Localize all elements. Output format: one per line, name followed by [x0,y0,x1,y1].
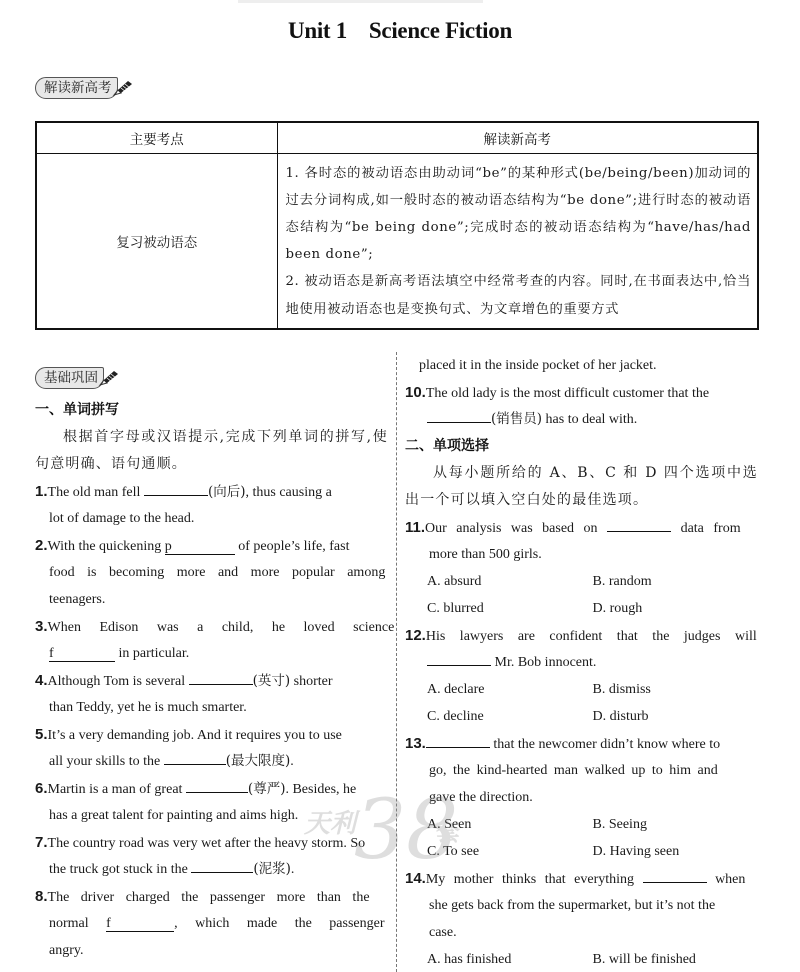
question-text: When Edison was a child, he loved scienc… [48,620,395,635]
header-main-points: 主要考点 [36,122,277,153]
question-text: placed it in the inside pocket of her ja… [405,352,758,379]
question-text: Martin is a man of great [48,782,186,797]
answer-blank[interactable] [643,867,707,883]
question-text: Although Tom is several [48,674,189,689]
question-text: go, the kind-hearted man walked up to hi… [405,757,758,784]
question-text: in particular. [115,646,189,661]
question-text: than Teddy, yet he is much smarter. [35,694,388,721]
question-number: 5. [35,726,48,743]
answer-blank[interactable]: p [165,539,235,555]
chinese-hint: (英寸) [253,673,291,689]
question-text: The driver charged the passenger more th… [48,890,370,905]
header-interpretation: 解读新高考 [277,122,758,153]
option-d[interactable]: D. Having seen [593,838,759,865]
table-row: 复习被动语态 1. 各时态的被动语态由助动词“be”的某种形式(be/being… [36,153,758,329]
option-c[interactable]: C. blurred [427,595,593,622]
option-d[interactable]: D. rough [593,595,759,622]
answer-blank[interactable]: f [106,916,174,932]
question-number: 8. [35,888,48,905]
section-instruction: 根据首字母或汉语提示,完成下列单词的拼写,使句意明确、语句通顺。 [35,424,388,478]
answer-blank[interactable] [607,516,671,532]
question-text: has to deal with. [542,412,637,427]
point-1: 1. 各时态的被动语态由助动词“be”的某种形式(be/being/been)加… [286,160,752,269]
question-text: Our analysis was based on [425,521,607,536]
table-header-row: 主要考点 解读新高考 [36,122,758,153]
question-4: 4.Although Tom is several (英寸) shorter t… [35,667,388,721]
answer-blank[interactable] [426,732,490,748]
badge-label: 解读新高考 [35,77,118,99]
options-row: A. declare B. dismiss [405,676,758,703]
answer-blank[interactable] [186,777,248,793]
question-text: she gets back from the supermarket, but … [405,892,758,919]
option-d[interactable]: D. disturb [593,703,759,730]
question-text: The old lady is the most difficult custo… [426,386,709,401]
question-number: 2. [35,537,48,554]
point-2: 2. 被动语态是新高考语法填空中经常考查的内容。同时,在书面表达中,恰当地使用被… [286,268,752,322]
question-text: , which made the passenger [174,916,384,931]
answer-blank[interactable] [191,857,253,873]
question-text: My mother thinks that everything [426,872,643,887]
option-b[interactable]: B. Seeing [593,811,759,838]
question-text: the truck got stuck in the [49,862,191,877]
options-row: A. absurd B. random [405,568,758,595]
question-number: 4. [35,672,48,689]
unit-topic: Science Fiction [369,18,512,43]
first-letter-hint: f [49,646,54,661]
question-text: normal [49,916,106,931]
right-column: placed it in the inside pocket of her ja… [405,352,758,972]
badge-label: 基础巩固 [35,367,104,389]
question-7: 7.The country road was very wet after th… [35,829,388,883]
question-5: 5.It’s a very demanding job. And it requ… [35,721,388,775]
question-text: His lawyers are confident that the judge… [426,629,757,644]
question-text: that the newcomer didn’t know where to [490,737,720,752]
question-number: 12. [405,627,426,644]
question-text: more than 500 girls. [405,541,758,568]
pencil-icon [112,78,134,98]
options-row: C. blurred D. rough [405,595,758,622]
question-number: 1. [35,483,48,500]
question-text: . Besides, he [285,782,356,797]
option-c[interactable]: C. decline [427,703,593,730]
exam-points-table: 主要考点 解读新高考 复习被动语态 1. 各时态的被动语态由助动词“be”的某种… [35,121,759,330]
question-text: The old man fell [48,485,144,500]
option-a[interactable]: A. declare [427,676,593,703]
pencil-icon [98,368,120,388]
question-number: 13. [405,735,426,752]
question-text: gave the direction. [405,784,758,811]
question-11: 11.Our analysis was based on data from m… [405,514,758,622]
options-row: C. decline D. disturb [405,703,758,730]
question-12: 12.His lawyers are confident that the ju… [405,622,758,730]
question-text: With the quickening [48,539,165,554]
option-c[interactable]: C. To see [427,838,593,865]
question-text: all your skills to the [49,754,164,769]
question-1: 1.The old man fell (向后), thus causing a … [35,478,388,532]
topic-cell: 复习被动语态 [36,153,277,329]
options-row: C. To see D. Having seen [405,838,758,865]
option-a[interactable]: A. has finished [427,946,593,972]
interpretation-cell: 1. 各时态的被动语态由助动词“be”的某种形式(be/being/been)加… [277,153,758,329]
page-title: Unit 1Science Fiction [0,18,800,44]
question-number: 14. [405,870,426,887]
question-text: shorter [290,674,332,689]
option-a[interactable]: A. Seen [427,811,593,838]
chinese-hint: (泥浆) [253,861,291,877]
answer-blank[interactable] [144,480,208,496]
question-text: angry. [35,937,388,964]
question-text: has a great talent for painting and aims… [35,802,388,829]
question-text: food is becoming more and more popular a… [35,559,388,586]
chinese-hint: (尊严) [248,781,286,797]
answer-blank[interactable] [189,669,253,685]
answer-blank[interactable] [164,749,226,765]
answer-blank[interactable] [427,407,491,423]
question-13: 13. that the newcomer didn’t know where … [405,730,758,865]
question-text: lot of damage to the head. [35,505,388,532]
question-9-continuation: placed it in the inside pocket of her ja… [405,352,758,379]
question-text: It’s a very demanding job. And it requir… [48,728,342,743]
answer-blank[interactable]: f [49,646,115,662]
question-text: data from [671,521,741,536]
question-number: 7. [35,834,48,851]
unit-number: Unit 1 [288,18,347,43]
option-b[interactable]: B. will be finished [593,946,759,972]
option-b[interactable]: B. dismiss [593,676,759,703]
answer-blank[interactable] [427,650,491,666]
column-divider [396,352,397,972]
first-letter-hint: p [165,539,172,554]
chinese-hint: (向后) [208,484,246,500]
question-number: 10. [405,384,426,401]
left-column: 基础巩固 一、单词拼写 根据首字母或汉语提示,完成下列单词的拼写,使句意明确、语… [35,352,388,964]
chinese-hint: (销售员) [491,411,542,427]
question-text: teenagers. [35,586,388,613]
option-a[interactable]: A. absurd [427,568,593,595]
first-letter-hint: f [106,916,111,931]
question-text: , thus causing a [245,485,331,500]
section-instruction: 从每小题所给的 A、B、C 和 D 四个选项中选出一个可以填入空白处的最佳选项。 [405,460,758,514]
chinese-hint: (最大限度) [226,753,291,769]
question-10: 10.The old lady is the most difficult cu… [405,379,758,433]
option-b[interactable]: B. random [593,568,759,595]
question-8: 8.The driver charged the passenger more … [35,883,388,964]
question-text: case. [405,919,758,946]
top-rule [238,0,483,3]
question-2: 2.With the quickening p of people’s life… [35,532,388,613]
section-heading-choice: 二、单项选择 [405,433,758,460]
question-3: 3.When Edison was a child, he loved scie… [35,613,388,667]
question-number: 6. [35,780,48,797]
options-row: A. Seen B. Seeing [405,811,758,838]
section-heading-spelling: 一、单词拼写 [35,397,388,424]
question-number: 3. [35,618,48,635]
section-badge-interpret: 解读新高考 [35,76,134,100]
question-text: . [290,754,294,769]
question-text: Mr. Bob innocent. [491,655,596,670]
section-badge-basics: 基础巩固 [35,366,388,390]
question-number: 11. [405,519,425,536]
options-row: A. has finished B. will be finished [405,946,758,972]
question-6: 6.Martin is a man of great (尊严). Besides… [35,775,388,829]
question-text: of people’s life, fast [235,539,350,554]
question-text: . [291,862,295,877]
question-text: The country road was very wet after the … [48,836,366,851]
question-14: 14.My mother thinks that everything when… [405,865,758,972]
question-text: when [707,872,746,887]
